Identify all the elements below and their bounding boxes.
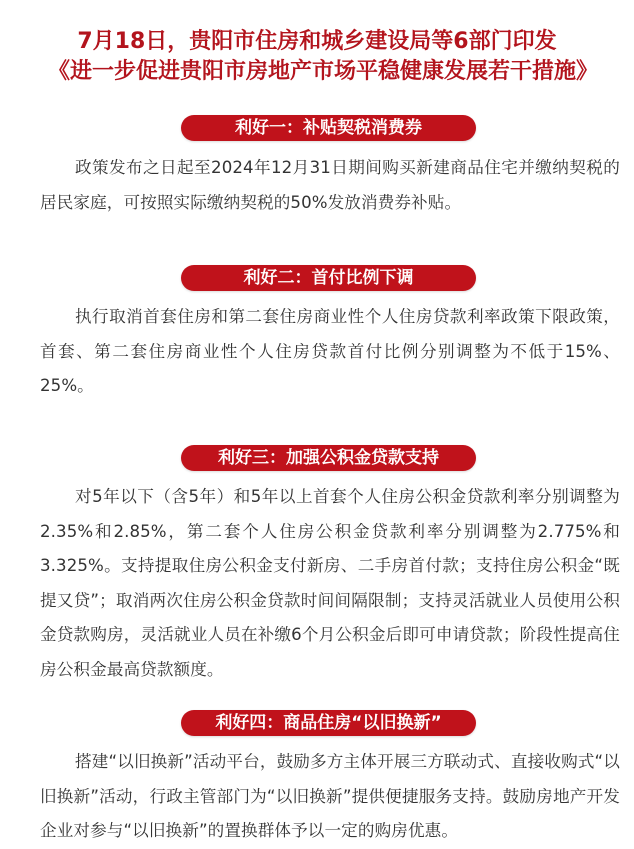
section-4-body: 搭建“以旧换新”活动平台，鼓励多方主体开展三方联动式、直接收购式“以旧换新”活动… xyxy=(40,745,620,849)
section-1-label-badge: 利好一：补贴契税消费券 xyxy=(181,115,476,141)
title-line-1: 7月18日，贵阳市住房和城乡建设局等6部门印发 xyxy=(0,27,634,57)
title-line-2: 《进一步促进贵阳市房地产市场平稳健康发展若干措施》 xyxy=(6,57,634,87)
section-4-label-badge: 利好四：商品住房“以旧换新” xyxy=(181,710,476,736)
section-1-body: 政策发布之日起至2024年12月31日期间购买新建商品住宅并缴纳契税的居民家庭，… xyxy=(40,151,620,220)
section-3-body: 对5年以下（含5年）和5年以上首套个人住房公积金贷款利率分别调整为2.35%和2… xyxy=(40,480,620,687)
section-3-label-badge: 利好三：加强公积金贷款支持 xyxy=(181,445,476,471)
section-2-label-badge: 利好二：首付比例下调 xyxy=(181,265,476,291)
section-2-body: 执行取消首套住房和第二套住房商业性个人住房贷款利率政策下限政策，首套、第二套住房… xyxy=(40,300,620,404)
